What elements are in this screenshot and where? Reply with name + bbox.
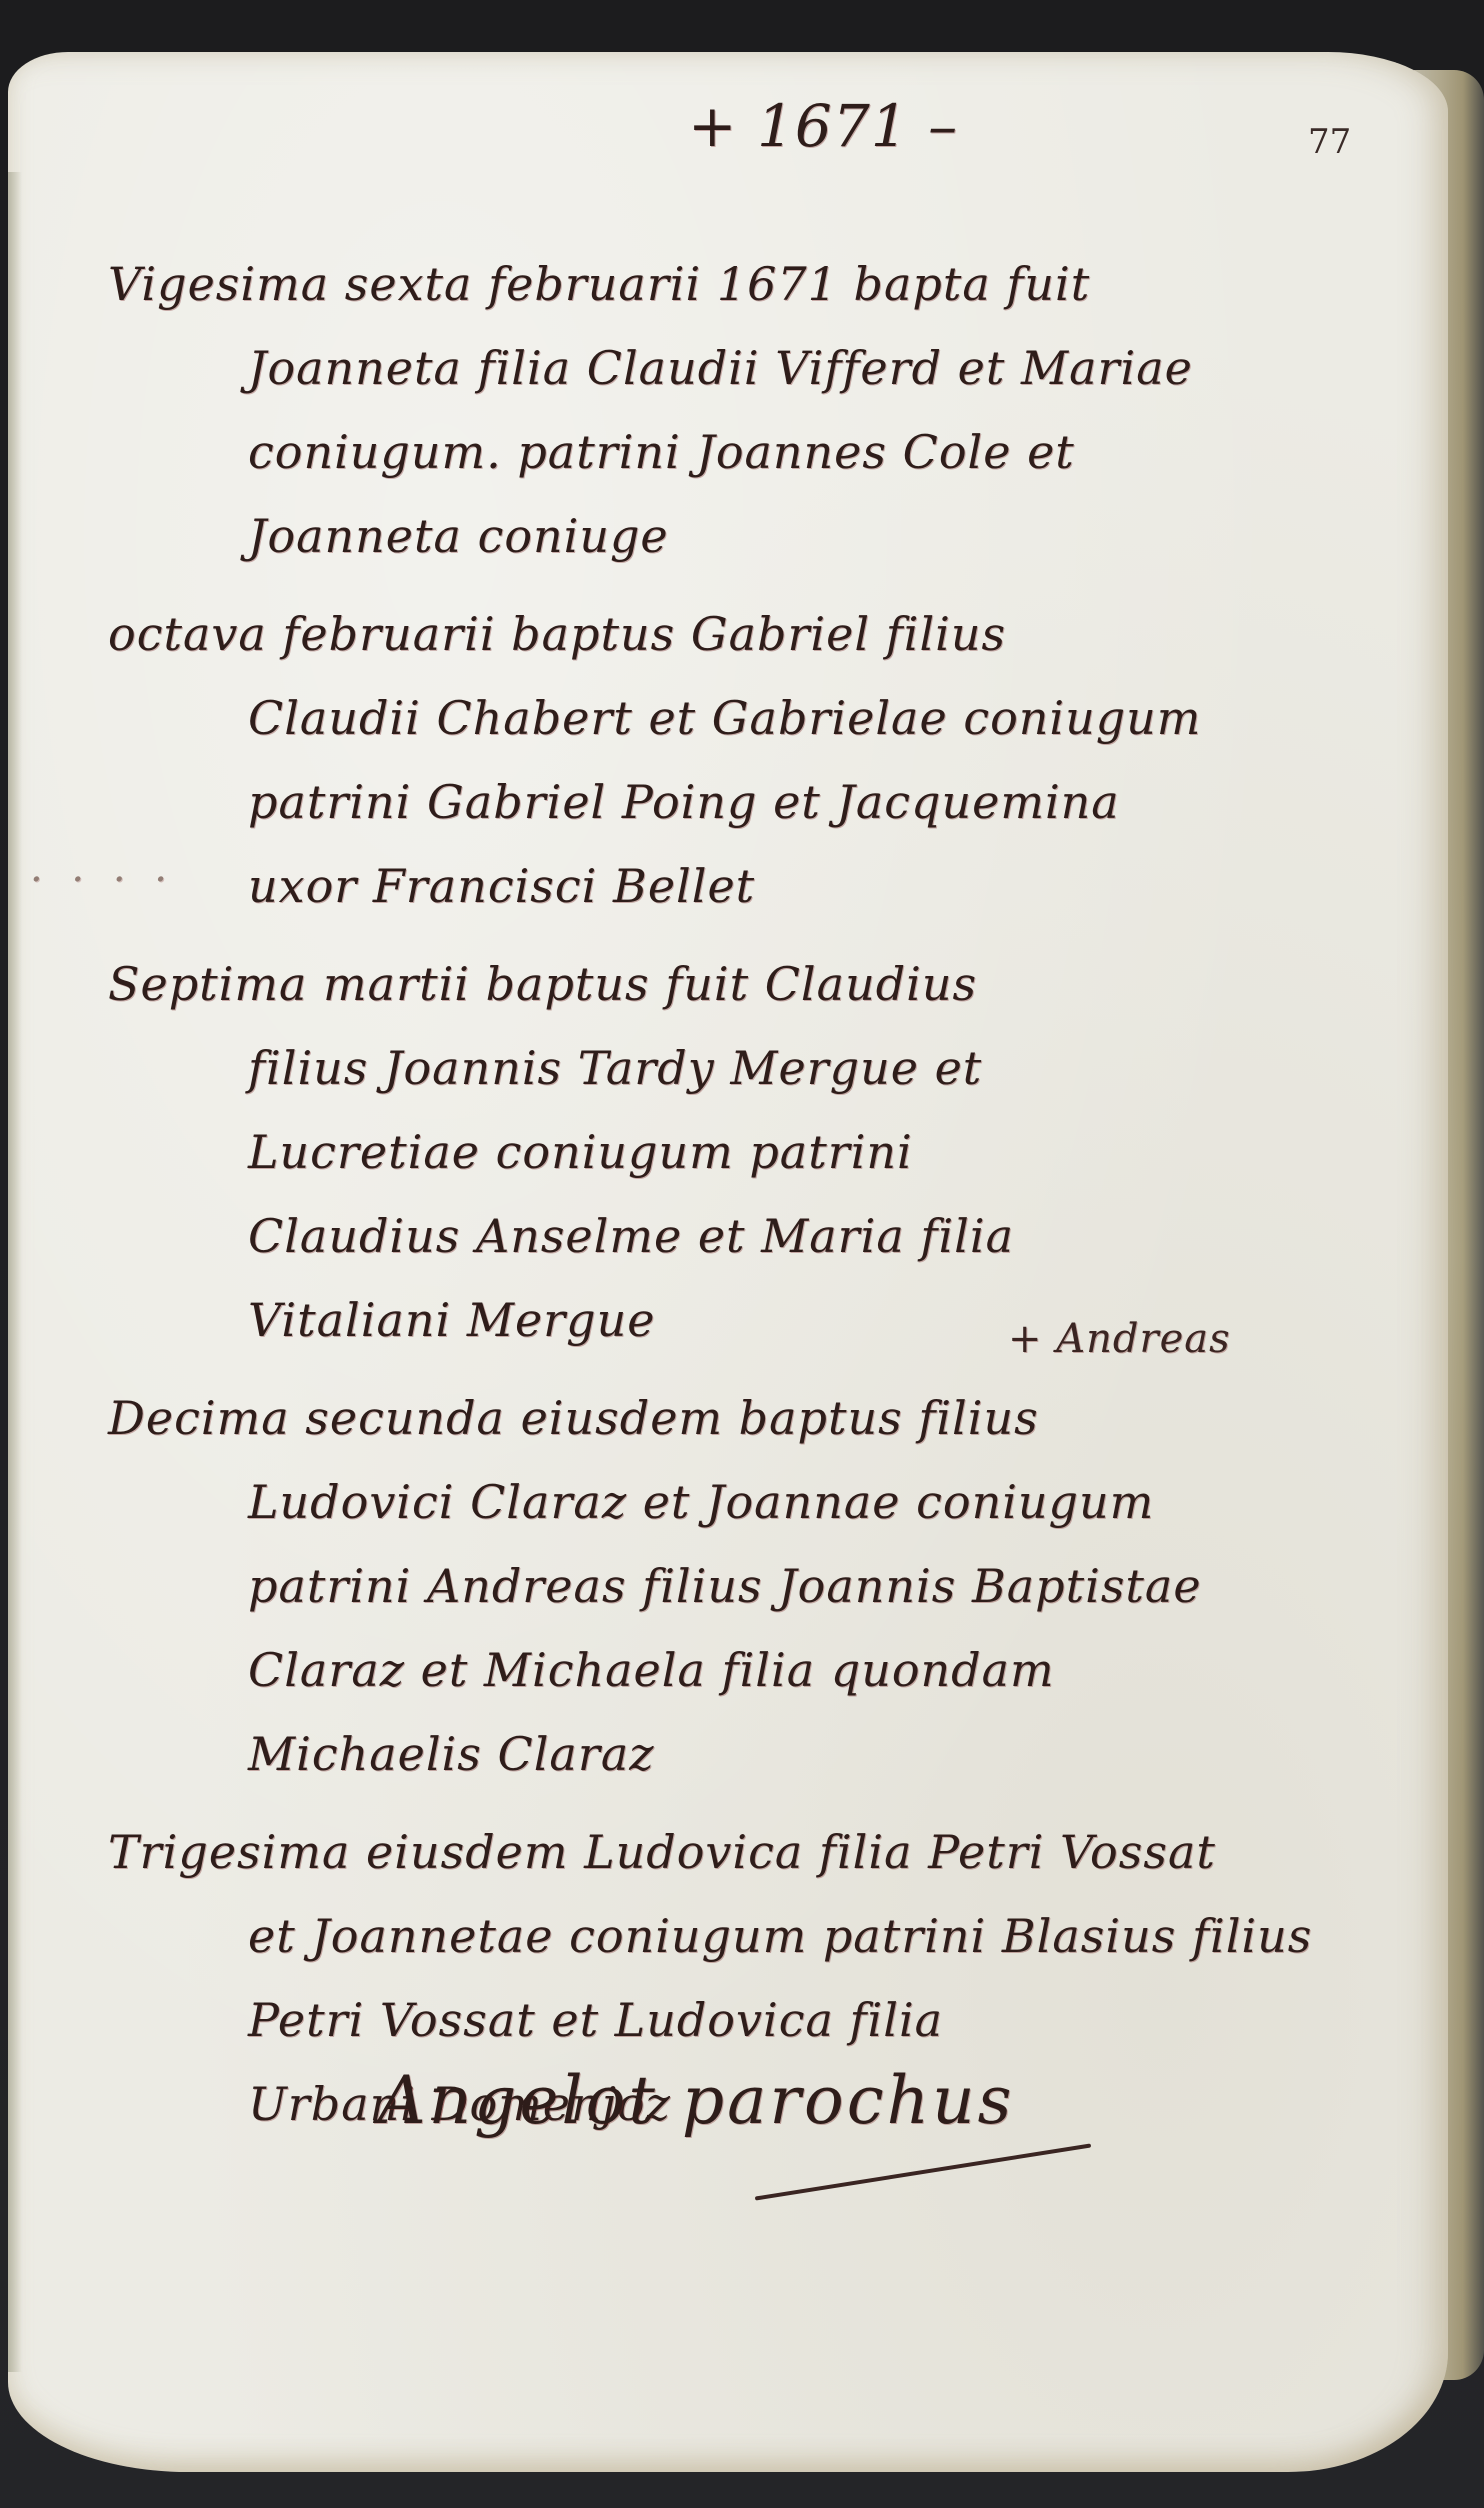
entry-line: Joanneta filia Claudii Vifferd et Mariae [248,326,1418,410]
page-number: 77 [1308,122,1351,162]
parish-priest-signature: Angelot parochus [378,2062,1015,2139]
baptism-entry-4: Decima secunda eiusdem baptus filius Lud… [108,1376,1418,1796]
entry-line: Petri Vossat et Ludovica filia [248,1978,1418,2062]
entry-line: Michaelis Claraz [248,1712,1418,1796]
entry-line: Vigesima sexta februarii 1671 bapta fuit [108,242,1418,326]
year-heading: + 1671 – [688,92,958,160]
baptism-entry-3: Septima martii baptus fuit Claudius fili… [108,942,1418,1362]
entry-line: patrini Andreas filius Joannis Baptistae [248,1544,1418,1628]
entry-line: filius Joannis Tardy Mergue et [248,1026,1418,1110]
entry-line: Claudius Anselme et Maria filia [248,1194,1418,1278]
entry-line: Septima martii baptus fuit Claudius [108,942,1418,1026]
entry-line: Claudii Chabert et Gabrielae coniugum [248,676,1418,760]
baptism-entry-2: octava februarii baptus Gabriel filius C… [108,592,1418,928]
entry-line: patrini Gabriel Poing et Jacquemina [248,760,1418,844]
entry-line: Lucretiae coniugum patrini [248,1110,1418,1194]
manuscript-page: + 1671 – 77 · · · · Vigesima sexta febru… [8,52,1448,2472]
baptism-entries: Vigesima sexta februarii 1671 bapta fuit… [108,242,1418,2160]
insertion-note: + Andreas [1008,1316,1231,1362]
entry-line: Decima secunda eiusdem baptus filius [108,1376,1418,1460]
entry-line: Ludovici Claraz et Joannae coniugum [248,1460,1418,1544]
entry-line: octava februarii baptus Gabriel filius [108,592,1418,676]
entry-line: et Joannetae coniugum patrini Blasius fi… [248,1894,1418,1978]
entry-line: coniugum. patrini Joannes Cole et [248,410,1418,494]
entry-line: Joanneta coniuge [248,494,1418,578]
entry-line: Trigesima eiusdem Ludovica filia Petri V… [108,1810,1418,1894]
entry-line: uxor Francisci Bellet [248,844,1418,928]
entry-line: Vitaliani Mergue [248,1278,1418,1362]
baptism-entry-1: Vigesima sexta februarii 1671 bapta fuit… [108,242,1418,578]
entry-line: Claraz et Michaela filia quondam [248,1628,1418,1712]
